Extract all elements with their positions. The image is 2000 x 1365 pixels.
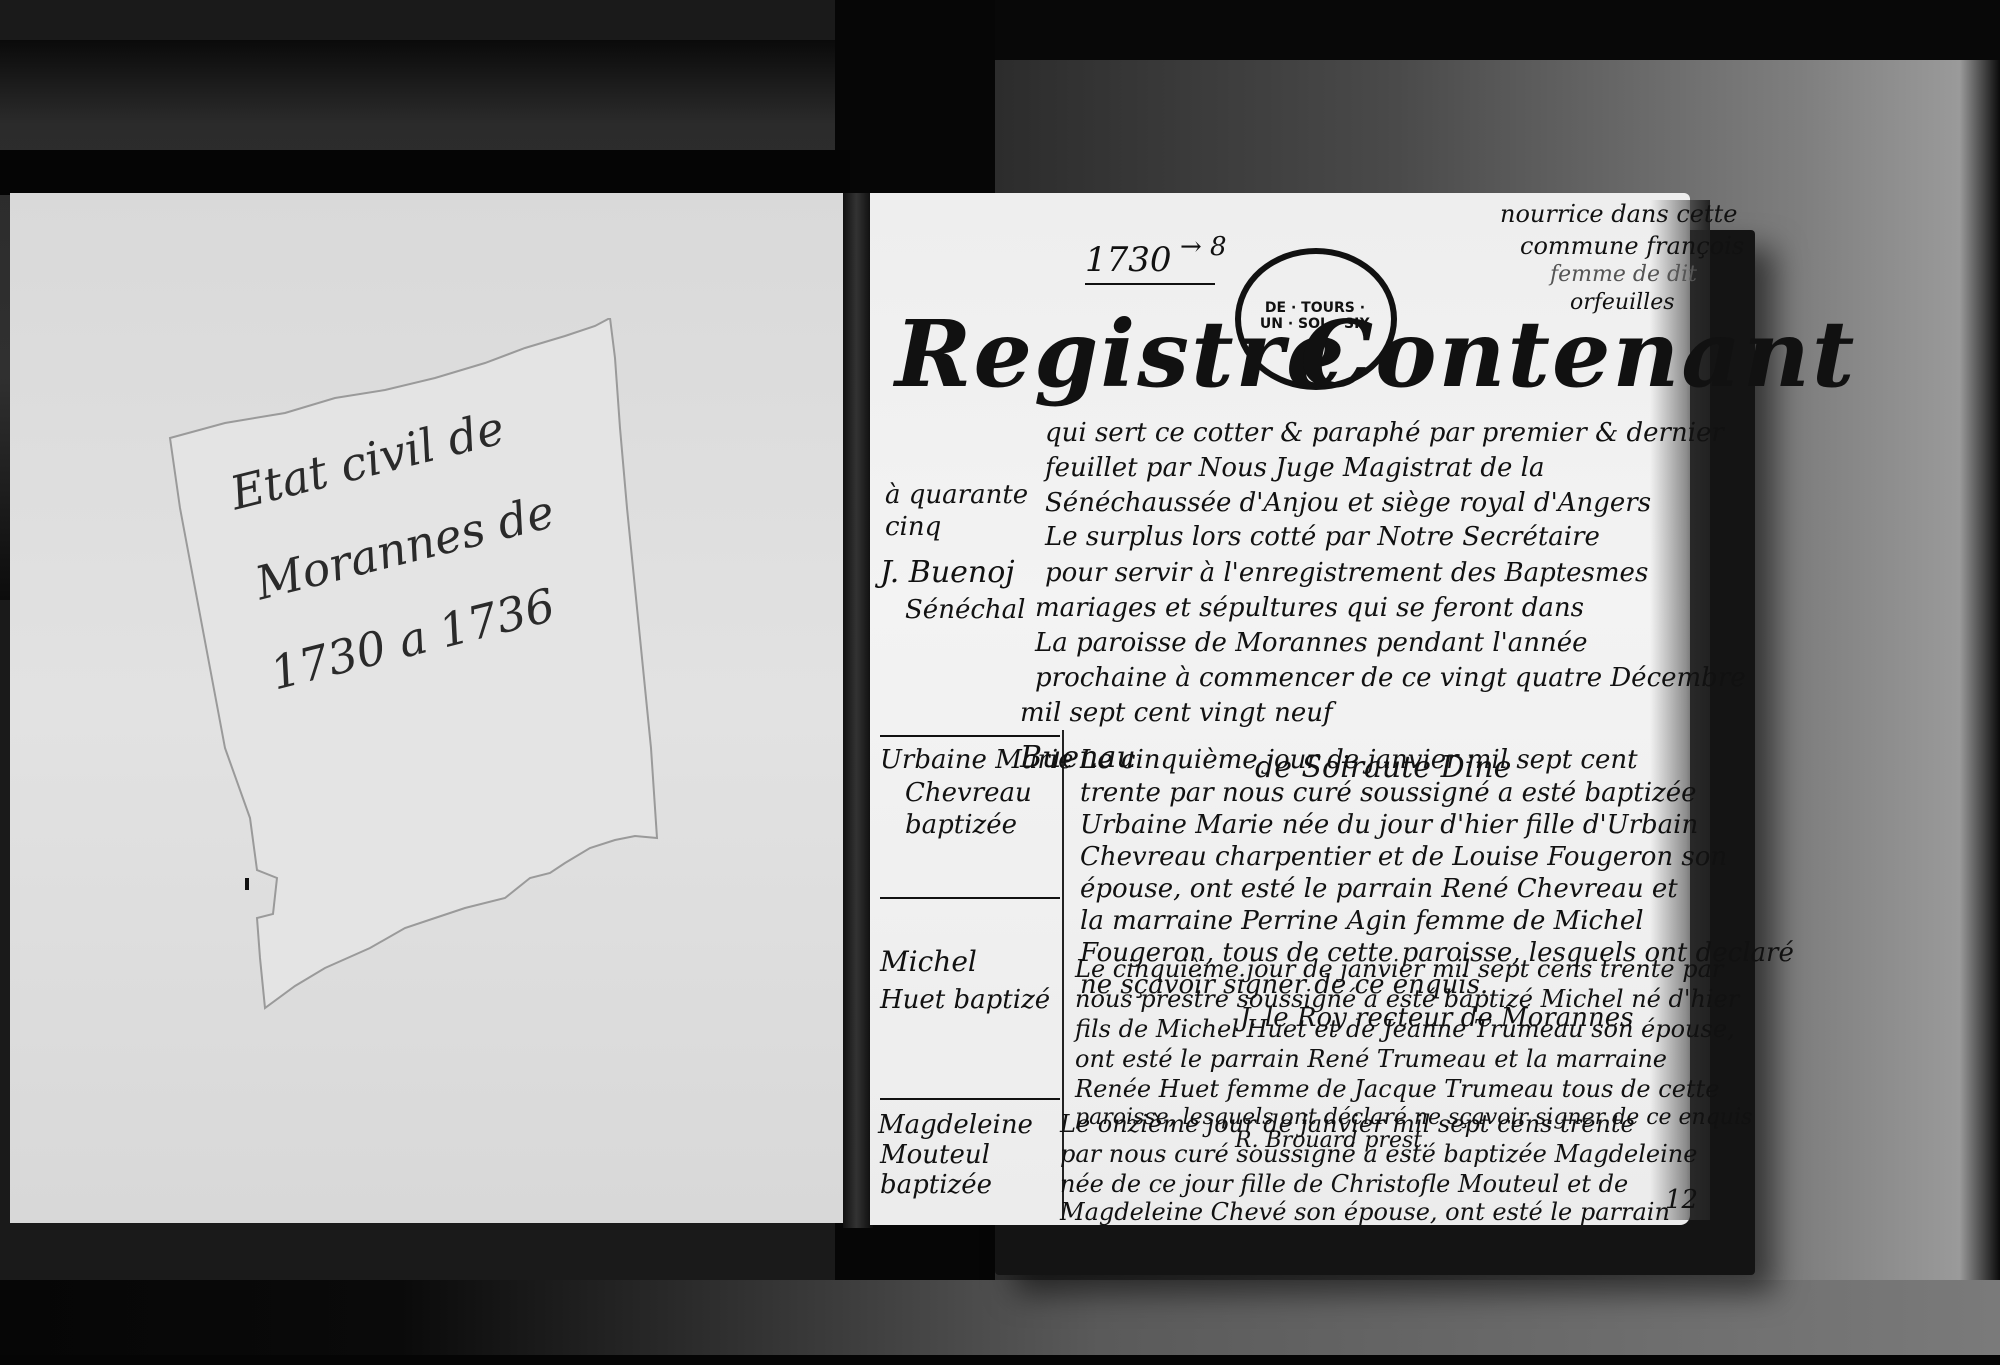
entry-1-line: Chevreau charpentier et de Louise Fouger…: [1080, 842, 1727, 872]
entry-1-margin-1: Urbaine Marie: [880, 745, 1073, 775]
book-spine: [843, 193, 873, 1228]
background-bottom-strip: [0, 1355, 2000, 1365]
preamble-margin-4: Sénéchal: [905, 595, 1025, 625]
entry-divider: [880, 1098, 1060, 1100]
entry-1-line: la marraine Perrine Agin femme de Michel: [1080, 906, 1644, 936]
preamble-line: feuillet par Nous Juge Magistrat de la: [1045, 453, 1544, 483]
entry-2-line: Le cinquième jour de janvier mil sept ce…: [1075, 955, 1723, 983]
entry-3-margin-3: baptizée: [880, 1170, 992, 1200]
preamble-line: mil sept cent vingt neuf: [1020, 698, 1333, 728]
entry-3-line: née de ce jour fille de Christofle Moute…: [1060, 1170, 1628, 1198]
entry-2-margin-1: Michel: [880, 945, 977, 978]
preamble-line: Sénéchaussée d'Anjou et siège royal d'An…: [1045, 488, 1651, 518]
page-number: 12: [1665, 1185, 1698, 1215]
entry-3-margin-1: Magdeleine: [878, 1110, 1033, 1140]
entry-1-line: épouse, ont esté le parrain René Chevrea…: [1080, 874, 1678, 904]
preamble-line: mariages et sépultures qui se feront dan…: [1035, 593, 1584, 623]
entry-1-margin-3: baptizée: [905, 810, 1017, 840]
entry-3-line: Le onzième jour de janvier mil sept cens…: [1060, 1110, 1635, 1138]
preamble-line: Le surplus lors cotté par Notre Secrétai…: [1045, 522, 1600, 552]
folio-mark: → 8: [1180, 232, 1227, 262]
entry-1-line: Urbaine Marie née du jour d'hier fille d…: [1080, 810, 1698, 840]
title-word-registre: Registre: [895, 300, 1347, 408]
entry-1-line: trente par nous curé soussigné a esté ba…: [1080, 778, 1696, 808]
entry-2-margin-2: Huet baptizé: [880, 985, 1050, 1015]
preamble-margin-2: cinq: [885, 512, 941, 542]
top-note-line-2: commune françois: [1520, 232, 1744, 260]
entry-2-line: ont esté le parrain René Trumeau et la m…: [1075, 1045, 1667, 1073]
preamble-line: pour servir à l'enregistrement des Bapte…: [1045, 558, 1648, 588]
entry-3-line: par nous curé soussigné a esté baptizée …: [1060, 1140, 1697, 1168]
preamble-margin-1: à quarante: [885, 480, 1028, 510]
entry-3-margin-2: Mouteul: [880, 1140, 990, 1170]
background-bottom: [0, 1280, 2000, 1365]
preamble-line: qui sert ce cotter & paraphé par premier…: [1045, 418, 1724, 448]
torn-paper-label: Etat civil de Morannes de 1730 a 1736: [165, 318, 665, 1018]
entry-2-line: nous prestre soussigné a esté baptizé Mi…: [1075, 985, 1739, 1013]
entry-1-margin-2: Chevreau: [905, 778, 1032, 808]
top-note-line-1: nourrice dans cette: [1500, 200, 1737, 228]
preamble-margin-3: J. Buenoj: [880, 555, 1015, 590]
title-word-contenant: Contenant: [1300, 300, 1856, 408]
entry-divider: [880, 897, 1060, 899]
top-note-line-3: femme de dit: [1550, 262, 1697, 287]
entry-1-line: Le cinquième jour de janvier mil sept ce…: [1080, 745, 1638, 775]
register-year: 1730: [1085, 240, 1172, 280]
entry-3-line: Magdeleine Chevé son épouse, ont esté le…: [1060, 1198, 1670, 1226]
preamble-line: La paroisse de Morannes pendant l'année: [1035, 628, 1588, 658]
entry-divider: [880, 735, 1060, 737]
entry-2-line: Renée Huet femme de Jacque Trumeau tous …: [1075, 1075, 1719, 1103]
entry-2-line: fils de Michel Huet et de Jeanne Trumeau…: [1075, 1015, 1735, 1043]
background-top-band: [995, 0, 2000, 60]
year-underline: [1085, 283, 1215, 285]
cover-top-edge: [0, 150, 850, 195]
preamble-line: prochaine à commencer de ce vingt quatre…: [1035, 663, 1746, 693]
